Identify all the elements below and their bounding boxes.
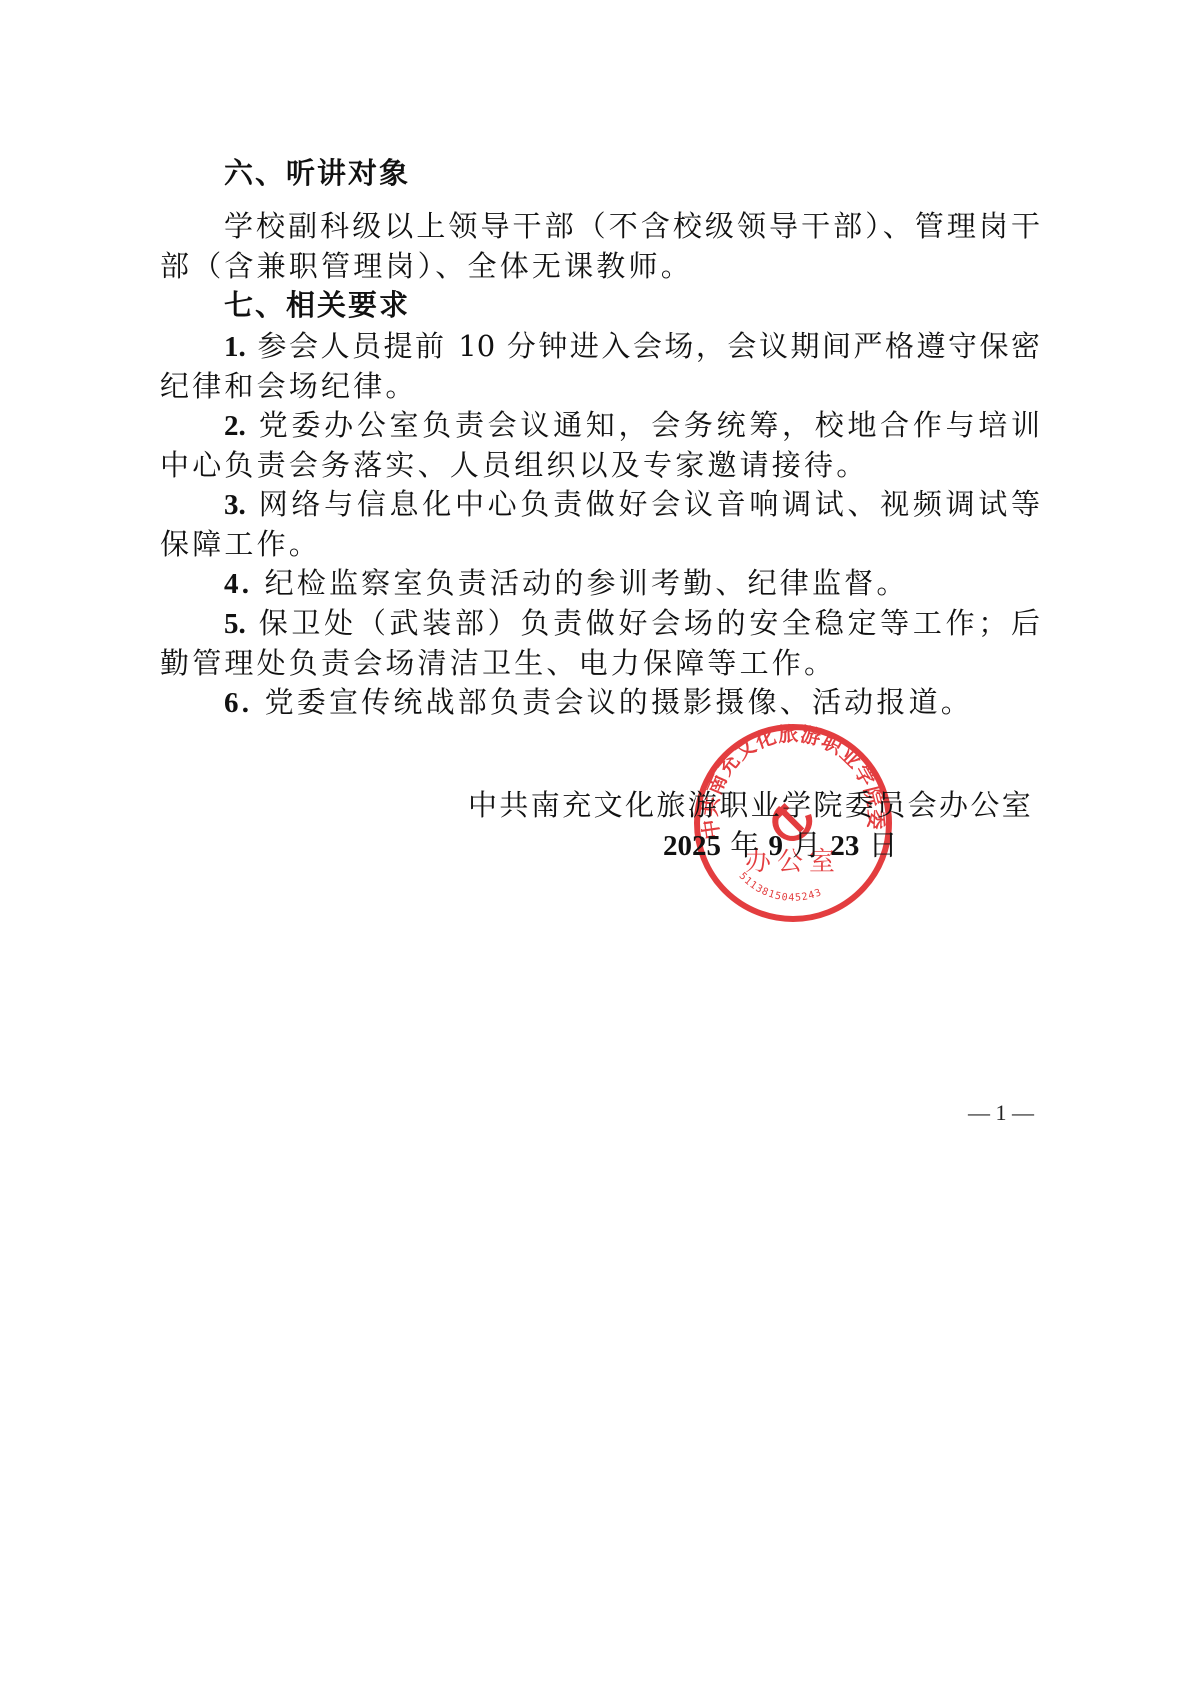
signature-date: 2025 年 9 月 23 日 [663,825,898,866]
requirement-2-number: 2. [224,410,246,442]
requirement-3-number: 3. [224,489,246,521]
requirement-5-number: 5. [224,608,246,640]
requirement-6-number: 6. [224,687,252,719]
requirement-3-line-1: 3. 网络与信息化中心负责做好会议音响调试、视频调试等 [224,484,1040,525]
requirement-1-line-1: 1. 参会人员提前 10 分钟进入会场，会议期间严格遵守保密 [224,326,1040,367]
document-page: 六、听讲对象 学校副科级以上领导干部（不含校级领导干部）、管理岗干 部（含兼职管… [0,0,1191,1684]
requirement-4-number: 4. [224,568,252,600]
signature-organization: 中共南充文化旅游职业学院委员会办公室 [468,785,1033,825]
section-6-heading: 六、听讲对象 [224,153,1040,193]
section-6-body-line-2: 部（含兼职管理岗）、全体无课教师。 [160,246,1040,286]
requirement-1-number: 1. [224,331,246,363]
requirement-3-line-2: 保障工作。 [160,524,1040,564]
requirement-5-line-1: 5. 保卫处（武装部）负责做好会场的安全稳定等工作；后 [224,603,1040,644]
requirement-5-line-2: 勤管理处负责会场清洁卫生、电力保障等工作。 [160,643,1040,683]
requirement-2-line-1: 2. 党委办公室负责会议通知，会务统筹，校地合作与培训 [224,405,1040,446]
section-7-heading: 七、相关要求 [224,285,1040,325]
requirement-4-line-1: 4. 纪检监察室负责活动的参训考勤、纪律监督。 [224,563,1040,604]
page-number: — 1 — [968,1100,1034,1126]
requirement-6-line-1: 6. 党委宣传统战部负责会议的摄影摄像、活动报道。 [224,682,1040,723]
requirement-1-line-2: 纪律和会场纪律。 [160,366,1040,406]
requirement-2-line-2: 中心负责会务落实、人员组织以及专家邀请接待。 [160,445,1040,485]
section-6-body-line-1: 学校副科级以上领导干部（不含校级领导干部）、管理岗干 [224,206,1040,246]
